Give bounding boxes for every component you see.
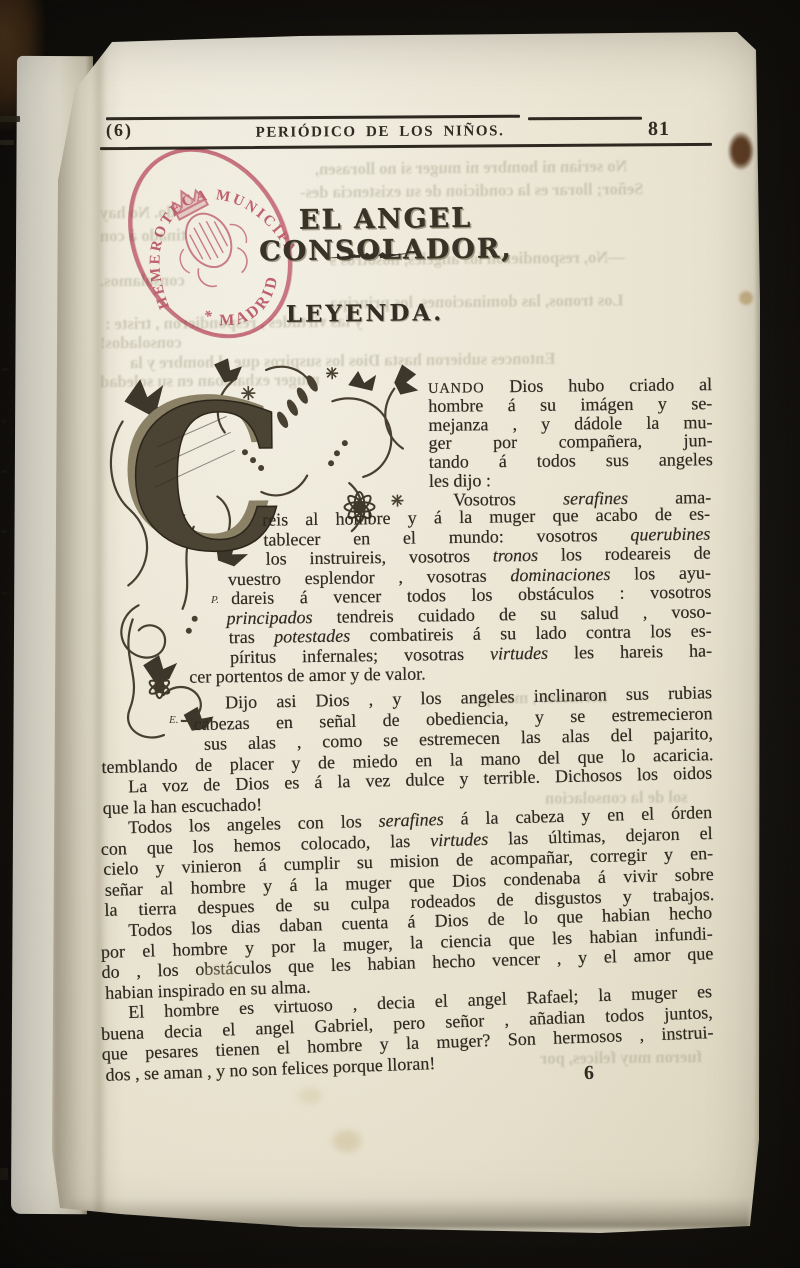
paper-stain (738, 290, 754, 306)
dropcap-letter: C (126, 361, 288, 598)
page-content: No serian ni hombre ni muger si no llora… (0, 0, 800, 1268)
adjacent-page-print-fragment (2, 470, 7, 473)
adjacent-page-print-fragment (1, 420, 6, 423)
book-page: No serian ni hombre ni muger si no llora… (0, 0, 800, 1268)
scanned-book-photo: No serian ni hombre ni muger si no llora… (0, 0, 800, 1268)
head-rule-top-right (528, 117, 642, 120)
signature-mark: 6 (584, 1062, 595, 1085)
adjacent-page-print-fragment (0, 116, 20, 122)
engraver-mark: E. (169, 714, 178, 726)
bleedthrough-line: Señor; llorar es la condicion de su exis… (300, 179, 644, 203)
head-rule-top-left (106, 115, 520, 121)
adjacent-page-print-fragment (1, 530, 7, 533)
bleedthrough-line: fueron muy felices, por (540, 1047, 702, 1069)
text-line: tando á todos sus angeles (429, 449, 713, 472)
paper-stain (330, 1128, 364, 1154)
title-divider-ornament (322, 245, 418, 268)
paper-stain (728, 132, 754, 170)
paper-stain (200, 960, 240, 990)
adjacent-page-print-fragment (2, 592, 7, 595)
bleedthrough-line: No serian ni hombre ni muger si no llora… (315, 156, 628, 179)
page-number: 81 (648, 118, 670, 141)
adjacent-page-print-fragment (0, 1168, 8, 1180)
engraver-mark: P. (211, 594, 219, 606)
text-line: les dijo : (429, 470, 491, 491)
text-line: cer portentos de amor y de valor. (189, 663, 426, 686)
adjacent-page-print-fragment (0, 140, 14, 145)
article-subtitle: LEYENDA. (240, 299, 490, 329)
paper-stain (296, 1086, 324, 1106)
adjacent-page-print-fragment (2, 368, 8, 371)
